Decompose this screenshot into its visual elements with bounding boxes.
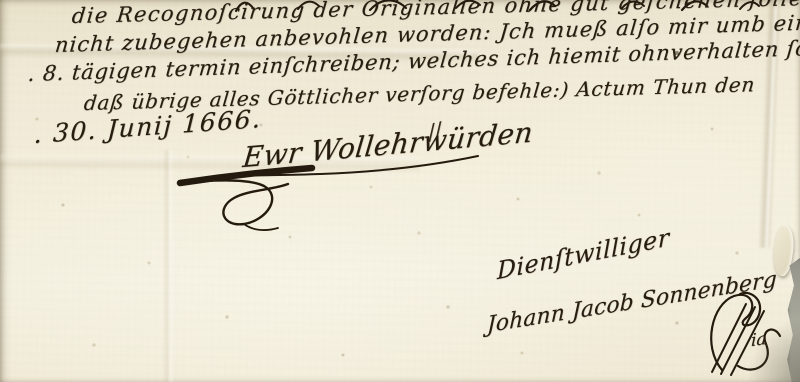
paper-speckles <box>0 0 2 2</box>
valediction-flourish <box>160 150 500 236</box>
bottom-right-corner-shadow <box>748 320 800 382</box>
manuscript-scan: die Recognoſcirung der Originalien ohne … <box>0 0 800 382</box>
